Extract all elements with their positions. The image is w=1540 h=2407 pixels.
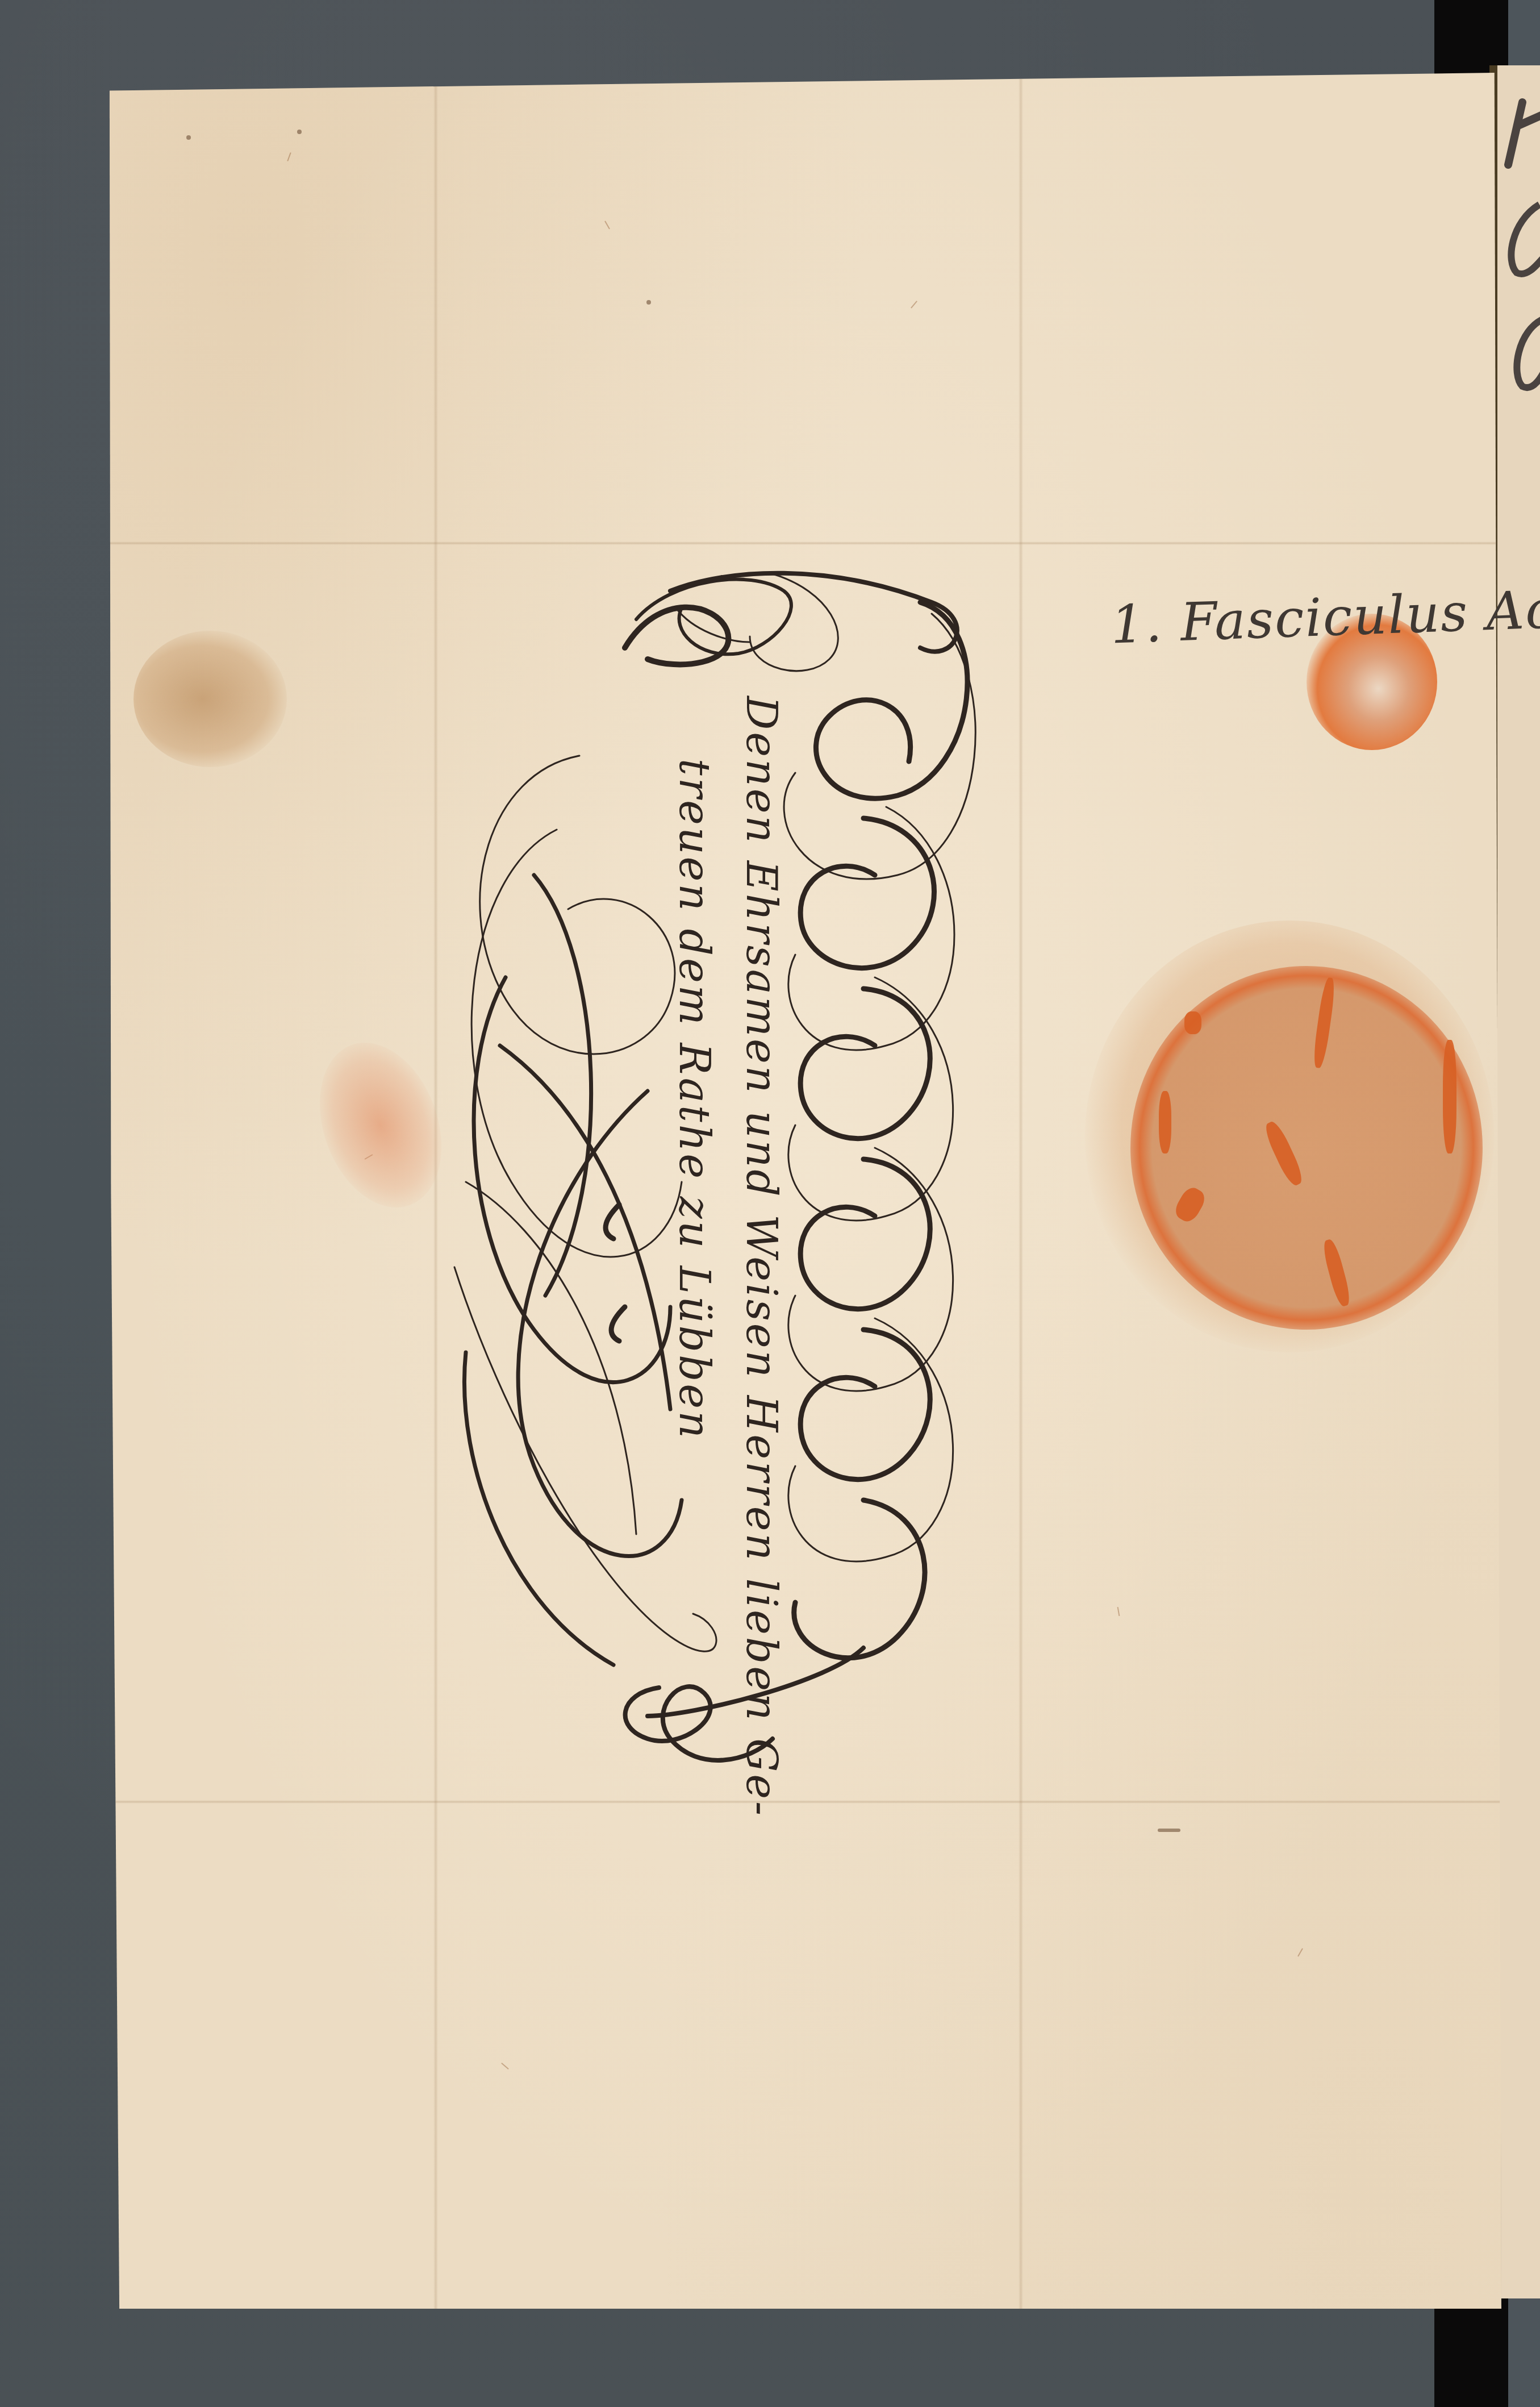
address-block: Denen Ehrsamen und Weisen Herren lieben … — [661, 696, 795, 1747]
adjacent-page-handwriting — [1500, 91, 1540, 545]
red-wax-seal-remnant — [1130, 966, 1483, 1330]
wax-fragment — [1443, 1040, 1456, 1153]
fold-line-horizontal — [107, 542, 1501, 545]
wax-fragment — [1184, 1011, 1201, 1034]
address-line-1: Denen Ehrsamen und Weisen Herren lieben … — [728, 696, 795, 1747]
address-line-2: treuen dem Rathe zu Lübben — [661, 696, 728, 1747]
brown-water-stain — [133, 631, 287, 767]
wax-fragment — [1159, 1091, 1171, 1153]
fold-line-vertical — [1019, 73, 1023, 2309]
